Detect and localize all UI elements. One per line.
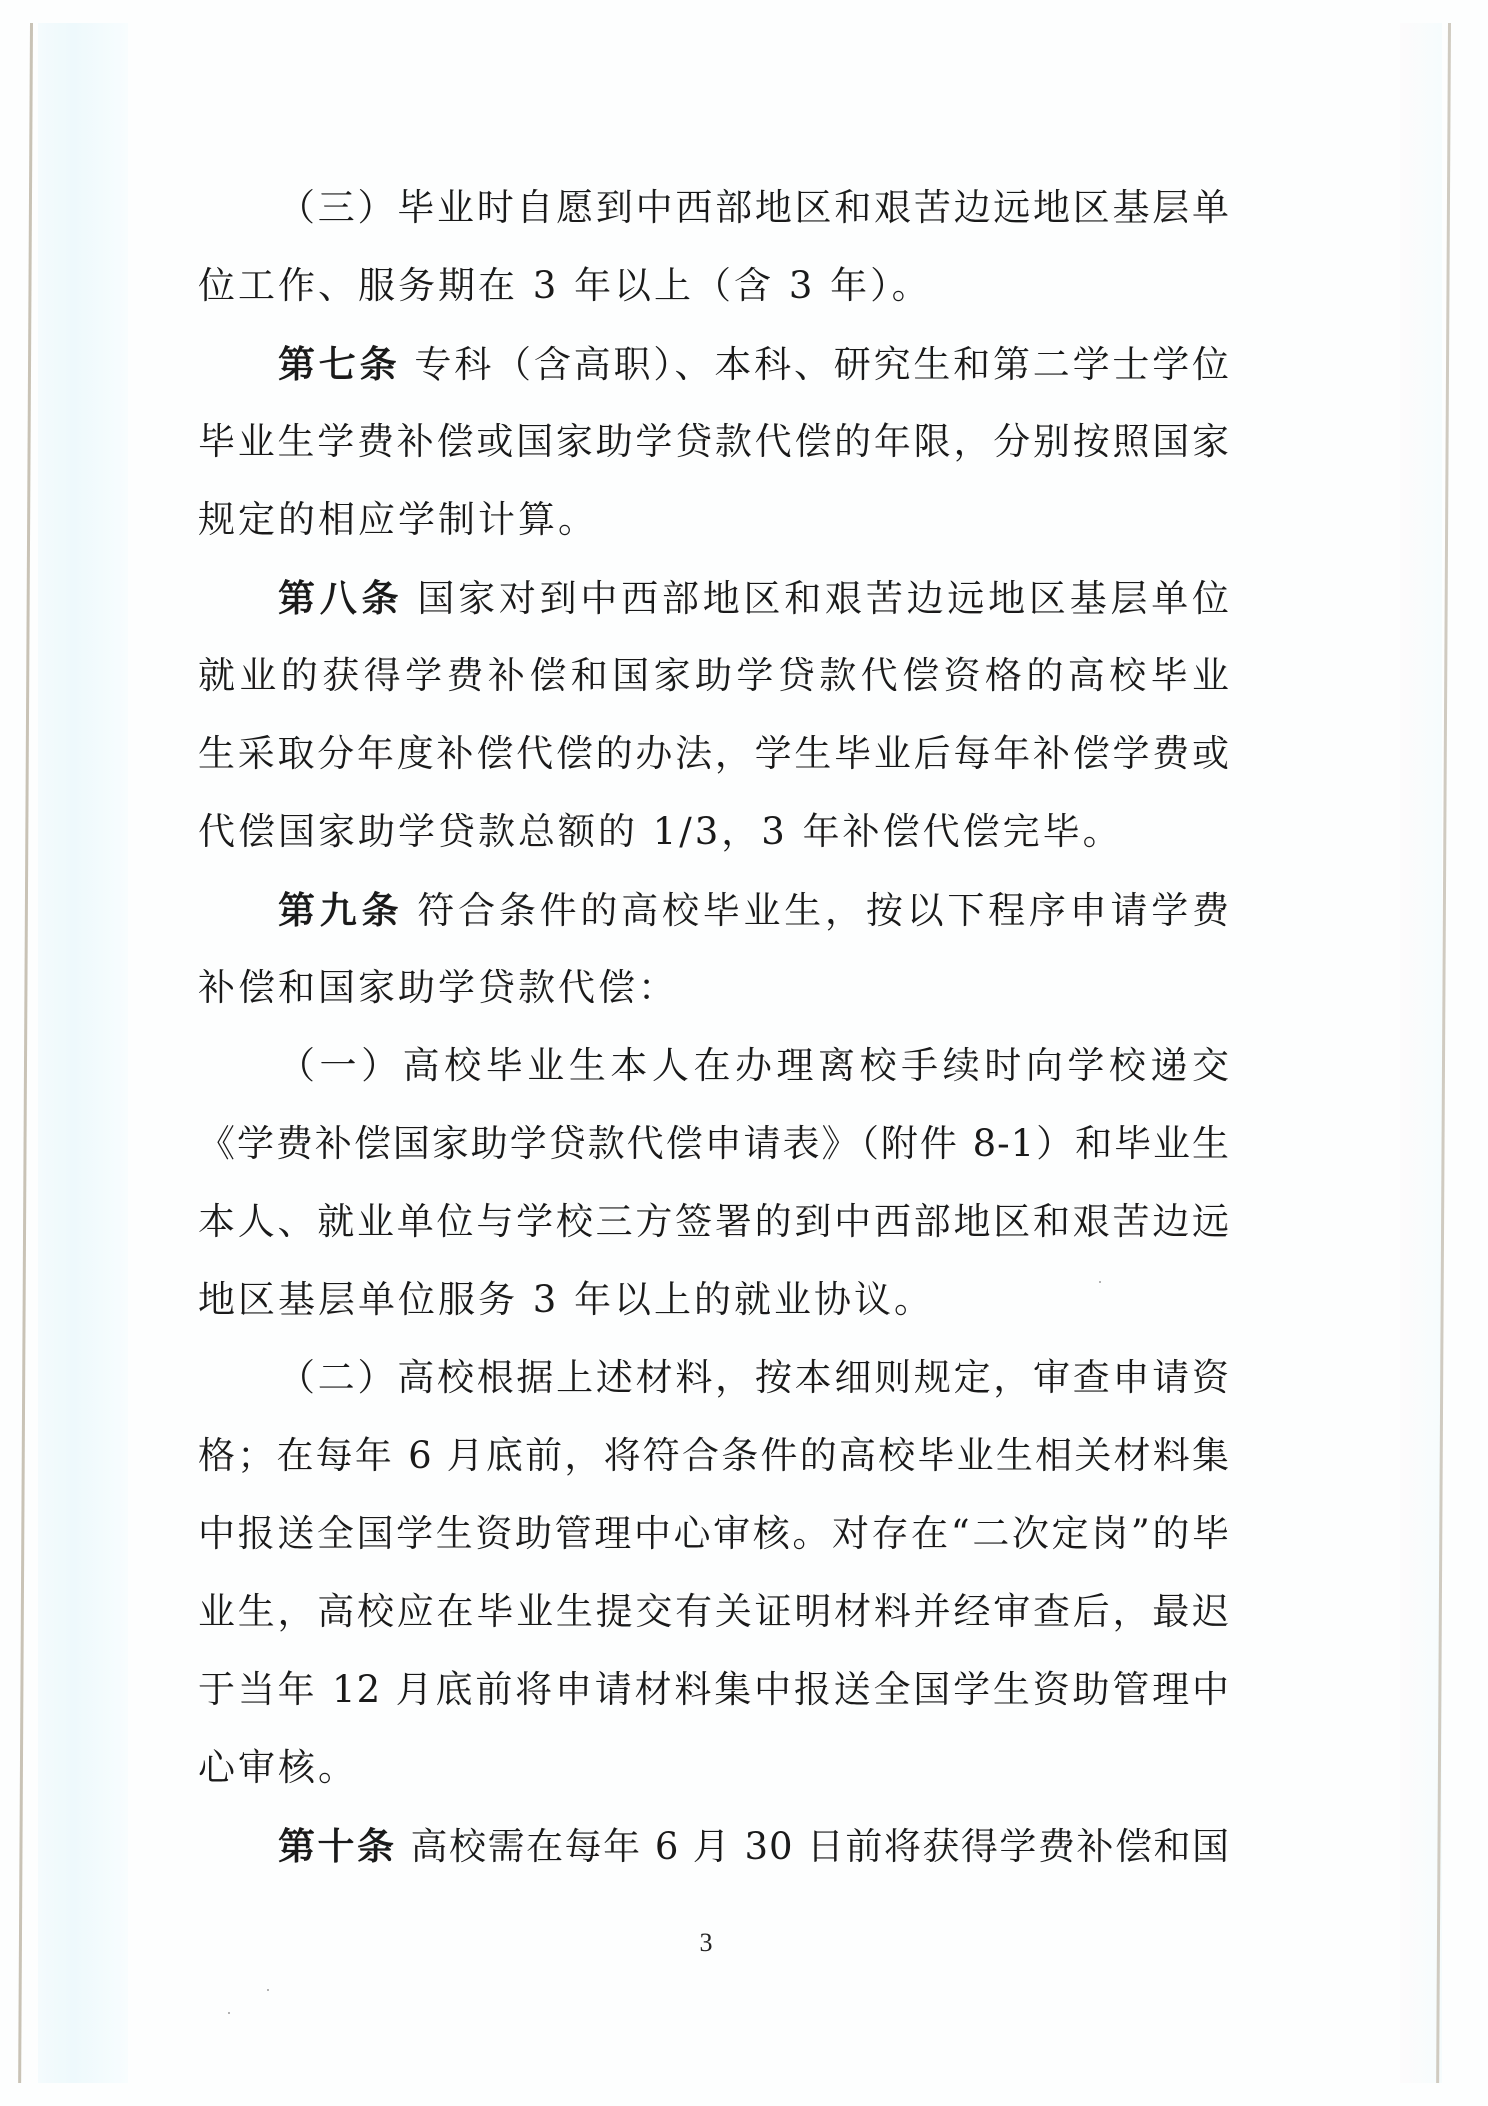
page-border-left [18,23,33,2083]
text-line: 位工作、服务期在 3 年以上（含 3 年）。 [198,247,1230,325]
text-line: （一）高校毕业生本人在办理离校手续时向学校递交 [198,1027,1230,1105]
text-line: 于当年 12 月底前将申请材料集中报送全国学生资助管理中 [198,1651,1230,1729]
line-text: 补偿和国家助学贷款代偿： [198,966,678,1009]
line-text: 生采取分年度补偿代偿的办法，学生毕业后每年补偿学费或 [198,732,1230,775]
text-line: 《学费补偿国家助学贷款代偿申请表》（附件 8-1）和毕业生 [198,1105,1230,1183]
text-line: 格；在每年 6 月底前，将符合条件的高校毕业生相关材料集 [198,1417,1230,1495]
line-text: 国家对到中西部地区和艰苦边远地区基层单位 [417,577,1230,620]
article-number: 第七条 [278,342,400,386]
line-text: 地区基层单位服务 3 年以上的就业协议。 [198,1278,934,1321]
text-line: 补偿和国家助学贷款代偿： [198,949,1230,1027]
text-line: 就业的获得学费补偿和国家助学贷款代偿资格的高校毕业 [198,637,1230,715]
line-text: 格；在每年 6 月底前，将符合条件的高校毕业生相关材料集 [198,1434,1230,1477]
line-text: 毕业生学费补偿或国家助学贷款代偿的年限，分别按照国家 [198,420,1230,463]
article-heading-line: 第十条高校需在每年 6 月 30 日前将获得学费补偿和国 [198,1807,1230,1885]
line-text: （一）高校毕业生本人在办理离校手续时向学校递交 [278,1044,1230,1087]
scan-speck [1099,1281,1101,1283]
line-text: （三）毕业时自愿到中西部地区和艰苦边远地区基层单 [278,186,1230,229]
text-line: 毕业生学费补偿或国家助学贷款代偿的年限，分别按照国家 [198,403,1230,481]
text-line: （三）毕业时自愿到中西部地区和艰苦边远地区基层单 [198,169,1230,247]
text-line: （二）高校根据上述材料，按本细则规定，审查申请资 [198,1339,1230,1417]
line-text: 符合条件的高校毕业生，按以下程序申请学费 [417,889,1230,932]
text-line: 业生，高校应在毕业生提交有关证明材料并经审查后，最迟 [198,1573,1230,1651]
article-number: 第八条 [278,576,403,620]
line-text: （二）高校根据上述材料，按本细则规定，审查申请资 [278,1356,1230,1399]
text-line: 地区基层单位服务 3 年以上的就业协议。 [198,1261,1230,1339]
article-heading-line: 第七条专科（含高职）、本科、研究生和第二学士学位 [198,325,1230,403]
line-text: 专科（含高职）、本科、研究生和第二学士学位 [414,343,1230,386]
line-text: 业生，高校应在毕业生提交有关证明材料并经审查后，最迟 [198,1590,1230,1633]
article-heading-line: 第九条符合条件的高校毕业生，按以下程序申请学费 [198,871,1230,949]
scan-tint-left [38,23,128,2083]
scan-speck [267,1989,269,1991]
article-heading-line: 第八条国家对到中西部地区和艰苦边远地区基层单位 [198,559,1230,637]
scan-tint-right [1400,23,1442,2083]
line-text: 代偿国家助学贷款总额的 1/3，3 年补偿代偿完毕。 [198,810,1123,853]
scan-speck [228,2012,230,2014]
text-line: 本人、就业单位与学校三方签署的到中西部地区和艰苦边远 [198,1183,1230,1261]
text-line: 中报送全国学生资助管理中心审核。对存在“二次定岗”的毕 [198,1495,1230,1573]
line-text: 心审核。 [198,1746,358,1789]
line-text: 高校需在每年 6 月 30 日前将获得学费补偿和国 [411,1825,1230,1868]
line-text: 位工作、服务期在 3 年以上（含 3 年）。 [198,264,932,307]
line-text: 《学费补偿国家助学贷款代偿申请表》（附件 8-1）和毕业生 [198,1122,1230,1165]
page-number: 3 [696,1928,716,1958]
text-line: 心审核。 [198,1729,1230,1807]
line-text: 规定的相应学制计算。 [198,498,598,541]
line-text: 本人、就业单位与学校三方签署的到中西部地区和艰苦边远 [198,1200,1230,1243]
line-text: 中报送全国学生资助管理中心审核。对存在“二次定岗”的毕 [198,1512,1230,1555]
text-line: 规定的相应学制计算。 [198,481,1230,559]
text-line: 生采取分年度补偿代偿的办法，学生毕业后每年补偿学费或 [198,715,1230,793]
line-text: 于当年 12 月底前将申请材料集中报送全国学生资助管理中 [198,1668,1230,1711]
document-body: （三）毕业时自愿到中西部地区和艰苦边远地区基层单位工作、服务期在 3 年以上（含… [198,169,1230,1885]
article-number: 第十条 [278,1824,397,1868]
text-line: 代偿国家助学贷款总额的 1/3，3 年补偿代偿完毕。 [198,793,1230,871]
article-number: 第九条 [278,888,403,932]
line-text: 就业的获得学费补偿和国家助学贷款代偿资格的高校毕业 [198,654,1230,697]
